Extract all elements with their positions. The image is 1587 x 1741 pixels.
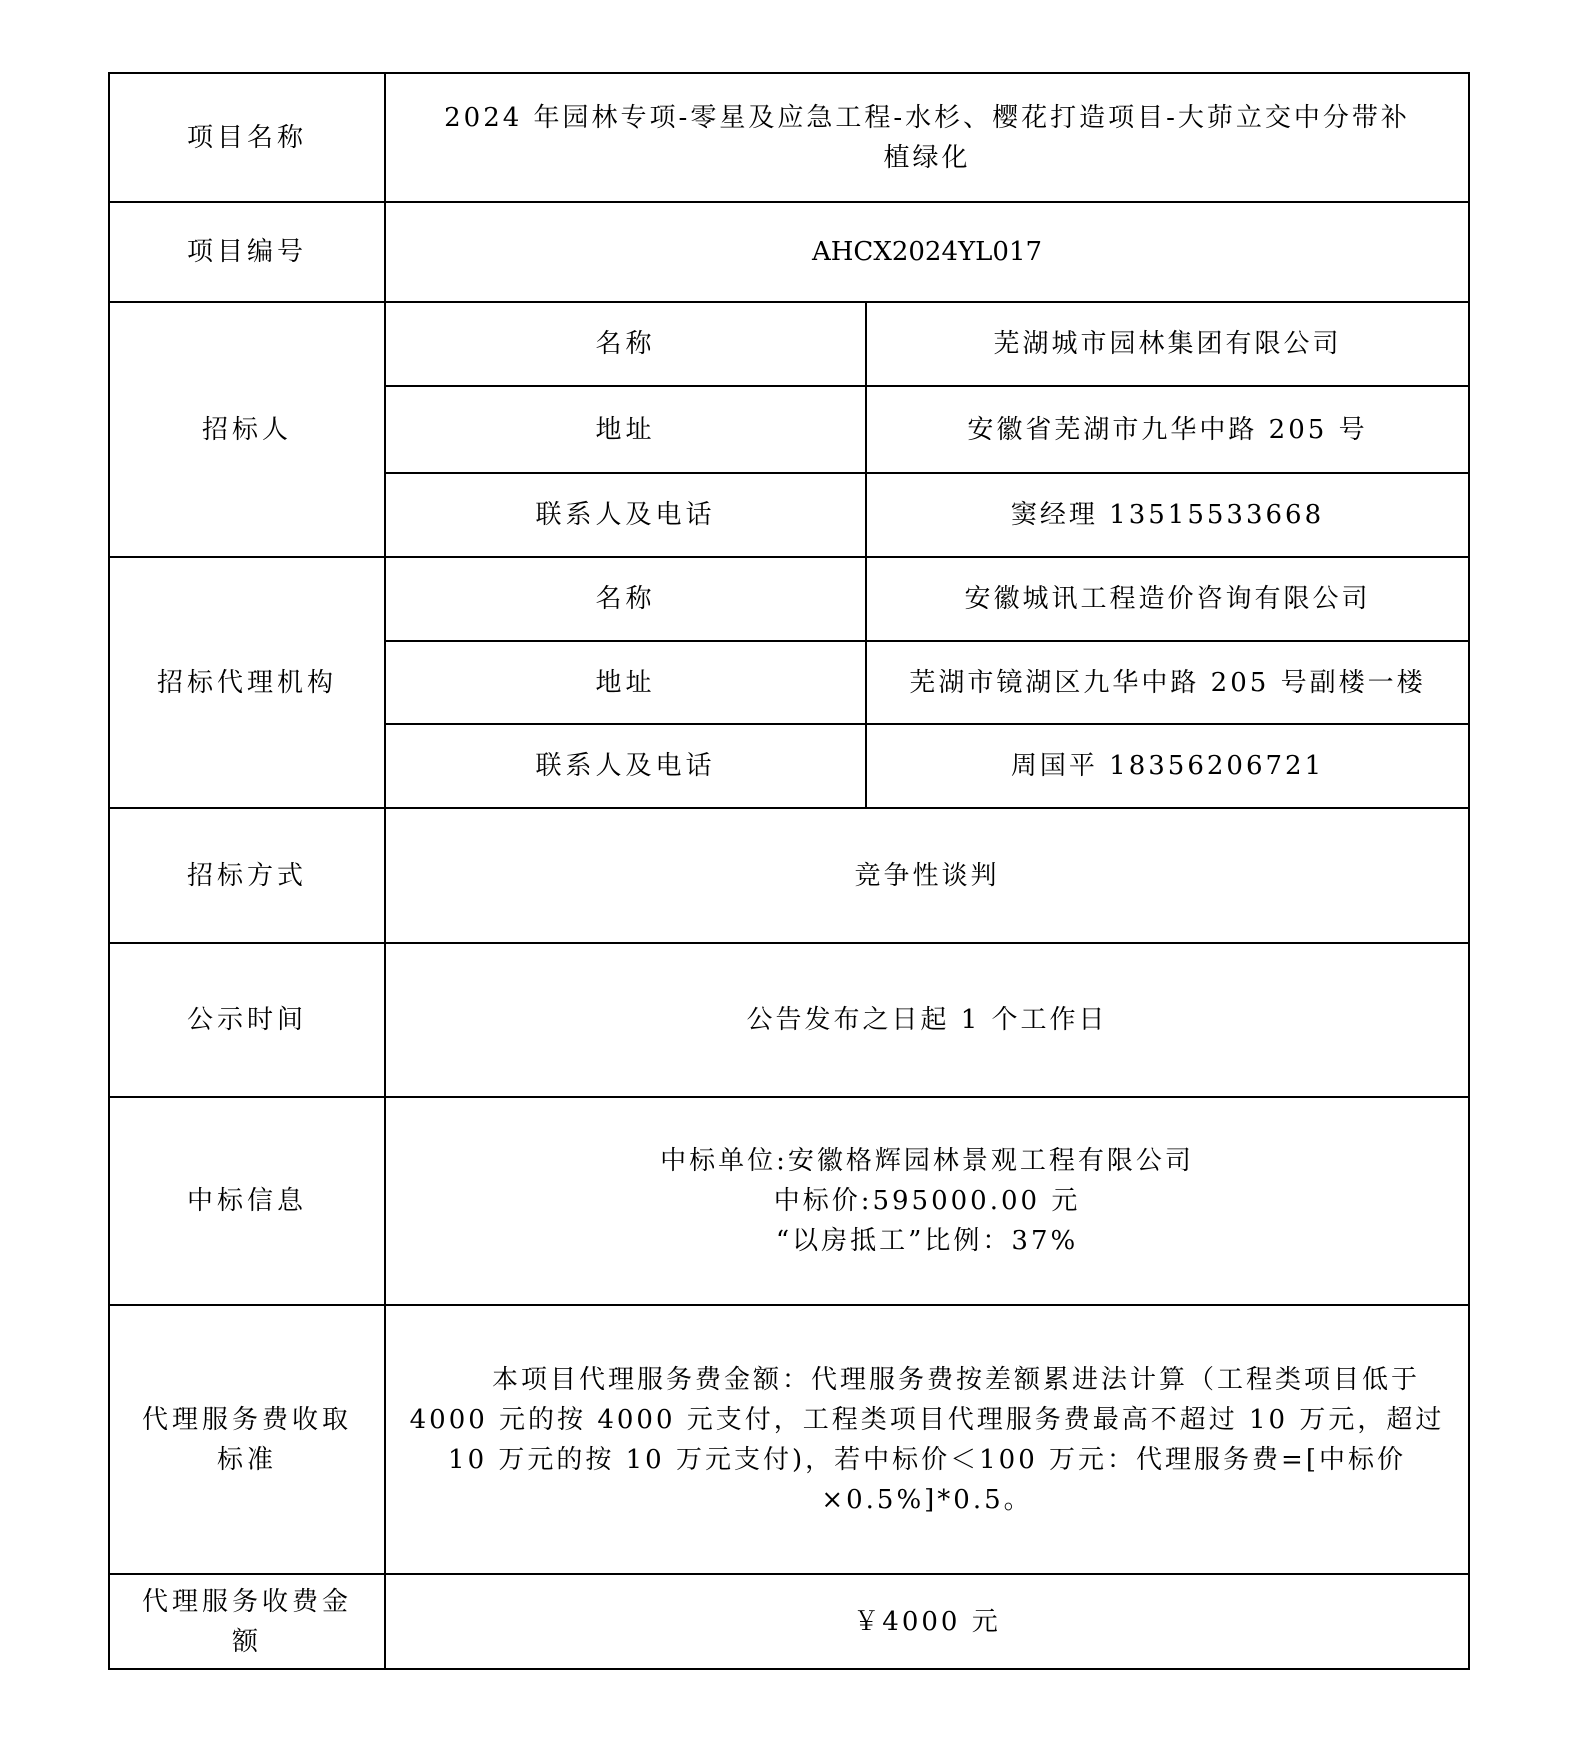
agency-address-value: 芜湖市镜湖区九华中路 205 号副楼一楼: [866, 641, 1469, 724]
row-tenderer-name: 招标人 名称 芜湖城市园林集团有限公司: [109, 302, 1469, 386]
tenderer-name-value: 芜湖城市园林集团有限公司: [866, 302, 1469, 386]
row-winning-info: 中标信息 中标单位:安徽格辉园林景观工程有限公司 中标价:595000.00 元…: [109, 1097, 1469, 1305]
agency-address-label: 地址: [385, 641, 866, 724]
project-name-label: 项目名称: [109, 73, 385, 202]
tenderer-address-label: 地址: [385, 386, 866, 473]
fee-amount-label: 代理服务收费金 额: [109, 1574, 385, 1669]
tender-method-label: 招标方式: [109, 808, 385, 943]
agency-name-label: 名称: [385, 557, 866, 641]
publicity-period-value: 公告发布之日起 1 个工作日: [385, 943, 1469, 1097]
winning-info-value: 中标单位:安徽格辉园林景观工程有限公司 中标价:595000.00 元 “以房抵…: [385, 1097, 1469, 1305]
tenderer-label: 招标人: [109, 302, 385, 557]
fee-standard-label-line1: 代理服务费收取: [124, 1400, 370, 1440]
agency-label: 招标代理机构: [109, 557, 385, 808]
winning-price: 中标价:595000.00 元: [400, 1181, 1454, 1221]
project-name-line2: 植绿化: [400, 138, 1454, 178]
winning-info-label: 中标信息: [109, 1097, 385, 1305]
project-number-label: 项目编号: [109, 202, 385, 302]
fee-amount-label-line2: 额: [124, 1622, 370, 1662]
tenderer-contact-value: 窦经理 13515533668: [866, 473, 1469, 557]
fee-standard-label: 代理服务费收取 标准: [109, 1305, 385, 1574]
row-fee-amount: 代理服务收费金 额 ￥4000 元: [109, 1574, 1469, 1669]
fee-amount-value: ￥4000 元: [385, 1574, 1469, 1669]
fee-amount-label-line1: 代理服务收费金: [124, 1582, 370, 1622]
tenderer-name-label: 名称: [385, 302, 866, 386]
tenderer-address-value: 安徽省芜湖市九华中路 205 号: [866, 386, 1469, 473]
agency-contact-label: 联系人及电话: [385, 724, 866, 808]
agency-name-value: 安徽城讯工程造价咨询有限公司: [866, 557, 1469, 641]
project-name-value: 2024 年园林专项-零星及应急工程-水杉、樱花打造项目-大茆立交中分带补 植绿…: [385, 73, 1469, 202]
housing-offset-ratio: “以房抵工”比例：37%: [400, 1221, 1454, 1261]
row-tender-method: 招标方式 竞争性谈判: [109, 808, 1469, 943]
project-name-line1: 2024 年园林专项-零星及应急工程-水杉、樱花打造项目-大茆立交中分带补: [400, 98, 1454, 138]
tender-method-value: 竞争性谈判: [385, 808, 1469, 943]
fee-standard-text-cell: 本项目代理服务费金额：代理服务费按差额累进法计算（工程类项目低于 4000 元的…: [385, 1305, 1469, 1574]
row-agency-name: 招标代理机构 名称 安徽城讯工程造价咨询有限公司: [109, 557, 1469, 641]
row-fee-standard: 代理服务费收取 标准 本项目代理服务费金额：代理服务费按差额累进法计算（工程类项…: [109, 1305, 1469, 1574]
row-publicity-period: 公示时间 公告发布之日起 1 个工作日: [109, 943, 1469, 1097]
agency-contact-value: 周国平 18356206721: [866, 724, 1469, 808]
winning-bidder: 中标单位:安徽格辉园林景观工程有限公司: [400, 1141, 1454, 1181]
publicity-period-label: 公示时间: [109, 943, 385, 1097]
fee-standard-text: 本项目代理服务费金额：代理服务费按差额累进法计算（工程类项目低于 4000 元的…: [410, 1365, 1445, 1515]
bid-result-table: 项目名称 2024 年园林专项-零星及应急工程-水杉、樱花打造项目-大茆立交中分…: [108, 72, 1470, 1670]
fee-standard-label-line2: 标准: [124, 1440, 370, 1480]
project-number-value: AHCX2024YL017: [385, 202, 1469, 302]
tenderer-contact-label: 联系人及电话: [385, 473, 866, 557]
row-project-number: 项目编号 AHCX2024YL017: [109, 202, 1469, 302]
row-project-name: 项目名称 2024 年园林专项-零星及应急工程-水杉、樱花打造项目-大茆立交中分…: [109, 73, 1469, 202]
